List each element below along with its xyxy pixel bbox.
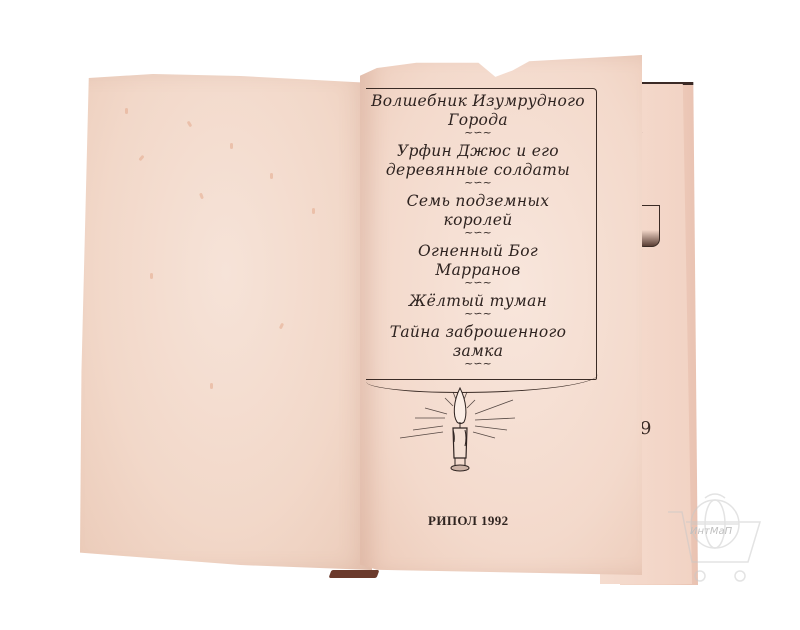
title-item: Волшебник Изумрудного Города ~∽~ — [360, 92, 596, 136]
title-line: Урфин Джюс и его — [360, 142, 596, 161]
book-spine — [329, 570, 380, 578]
title-item: Урфин Джюс и его деревянные солдаты ~∽~ — [360, 142, 596, 186]
flourish-divider-icon: ~∽~ — [448, 130, 508, 136]
title-item: Жёлтый туман ~∽~ — [360, 292, 596, 317]
book-photo: 9 Волшебник Изумрудного Города ~∽~ Урфин… — [0, 0, 800, 630]
flourish-divider-icon: ~∽~ — [448, 311, 508, 317]
flourish-divider-icon: ~∽~ — [448, 280, 508, 286]
title-item: Огненный Бог Марранов ~∽~ — [360, 242, 596, 286]
flourish-divider-icon: ~∽~ — [448, 180, 508, 186]
watermark-text: ИнтМаП — [690, 526, 732, 537]
title-line: Семь подземных — [360, 192, 596, 211]
title-line: Огненный Бог — [360, 242, 596, 261]
book-titles-list: Волшебник Изумрудного Города ~∽~ Урфин Д… — [360, 92, 596, 373]
publisher-imprint: РИПОЛ 1992 — [428, 513, 509, 529]
candle-icon — [395, 380, 525, 480]
title-line: Тайна заброшенного — [360, 323, 596, 342]
flourish-divider-icon: ~∽~ — [448, 361, 508, 367]
title-item: Тайна заброшенного замка ~∽~ — [360, 323, 596, 367]
title-item: Семь подземных королей ~∽~ — [360, 192, 596, 236]
left-page-blank — [80, 73, 372, 570]
flourish-divider-icon: ~∽~ — [448, 230, 508, 236]
title-line: Волшебник Изумрудного — [360, 92, 596, 111]
